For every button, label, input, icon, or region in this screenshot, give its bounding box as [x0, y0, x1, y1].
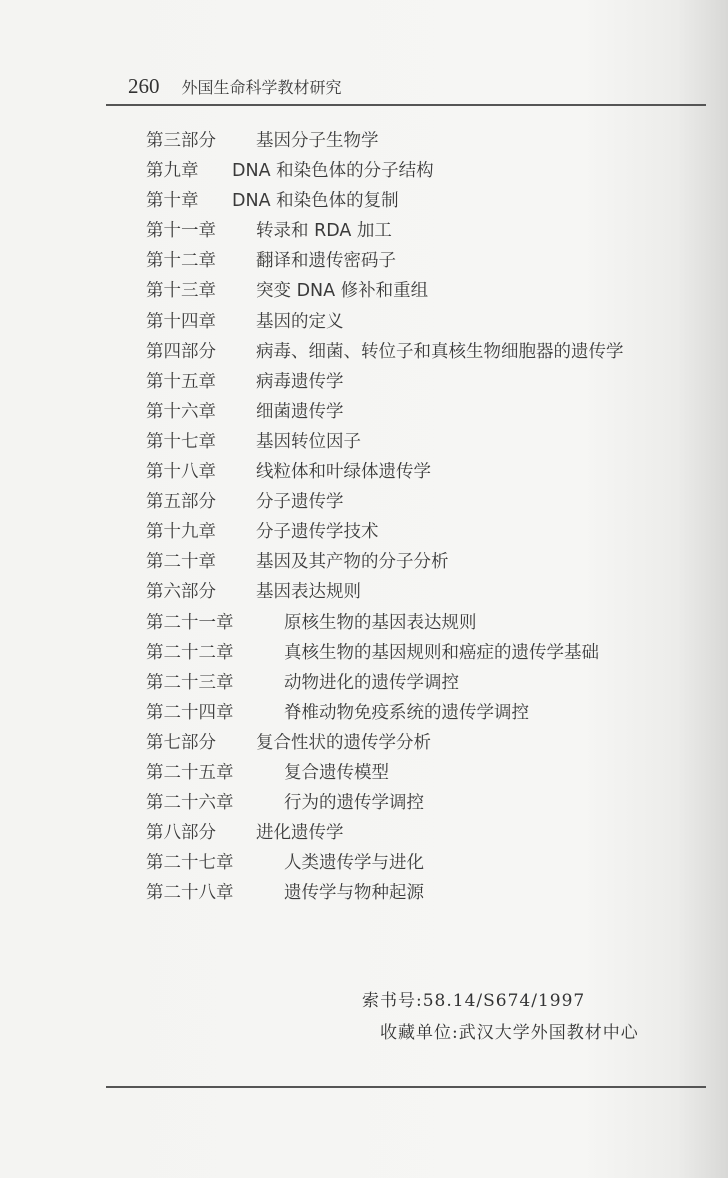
toc-title: 遗传学与物种起源 [284, 878, 424, 908]
toc-title: 基因表达规则 [256, 577, 361, 607]
toc-label: 第十九章 [146, 517, 256, 547]
toc-label: 第二十五章 [146, 758, 284, 788]
toc-title: 动物进化的遗传学调控 [284, 668, 459, 698]
toc-title: DNA 和染色体的复制 [232, 186, 399, 216]
toc-title: 复合性状的遗传学分析 [256, 728, 431, 758]
toc-chapter-entry: 第二十章基因及其产物的分子分析 [146, 547, 624, 577]
toc-label: 第十一章 [146, 216, 256, 246]
toc-label: 第二十八章 [146, 878, 284, 908]
toc-chapter-entry: 第十六章细菌遗传学 [146, 397, 624, 427]
toc-title: 脊椎动物免疫系统的遗传学调控 [284, 698, 529, 728]
toc-label: 第六部分 [146, 577, 256, 607]
toc-label: 第二十六章 [146, 788, 284, 818]
toc-label: 第十七章 [146, 427, 256, 457]
call-number: 索书号:58.14/S674/1997 [362, 986, 585, 1011]
toc-chapter-entry: 第九章DNA 和染色体的分子结构 [146, 156, 624, 186]
toc-title: 细菌遗传学 [256, 397, 344, 427]
toc-chapter-entry: 第二十六章行为的遗传学调控 [146, 788, 624, 818]
toc-title: 行为的遗传学调控 [284, 788, 424, 818]
page-number: 260 [128, 74, 160, 99]
toc-title: 线粒体和叶绿体遗传学 [256, 457, 431, 487]
toc-chapter-entry: 第二十一章原核生物的基因表达规则 [146, 608, 624, 638]
toc-chapter-entry: 第十章DNA 和染色体的复制 [146, 186, 624, 216]
toc-label: 第五部分 [146, 487, 256, 517]
toc-label: 第九章 [146, 156, 232, 186]
toc-title: 人类遗传学与进化 [284, 848, 424, 878]
toc-title: 基因的定义 [256, 307, 344, 337]
header-rule [106, 104, 706, 106]
toc-label: 第二十二章 [146, 638, 284, 668]
toc-title: 病毒遗传学 [256, 367, 344, 397]
book-page: 260 外国生命科学教材研究 第三部分基因分子生物学第九章DNA 和染色体的分子… [0, 0, 728, 1178]
toc-part-entry: 第八部分进化遗传学 [146, 818, 624, 848]
toc-chapter-entry: 第十三章突变 DNA 修补和重组 [146, 276, 624, 306]
footer-rule [106, 1086, 706, 1088]
toc-label: 第十四章 [146, 307, 256, 337]
toc-title: 翻译和遗传密码子 [256, 246, 396, 276]
toc-chapter-entry: 第十七章基因转位因子 [146, 427, 624, 457]
running-title: 外国生命科学教材研究 [182, 75, 342, 98]
toc-chapter-entry: 第二十四章脊椎动物免疫系统的遗传学调控 [146, 698, 624, 728]
toc-chapter-entry: 第十二章翻译和遗传密码子 [146, 246, 624, 276]
toc-title: 原核生物的基因表达规则 [284, 608, 477, 638]
toc-title: 病毒、细菌、转位子和真核生物细胞器的遗传学 [256, 337, 624, 367]
toc-part-entry: 第三部分基因分子生物学 [146, 126, 624, 156]
toc-title: 突变 DNA 修补和重组 [256, 276, 428, 306]
toc-title: 基因转位因子 [256, 427, 361, 457]
toc-label: 第十三章 [146, 276, 256, 306]
toc-label: 第七部分 [146, 728, 256, 758]
toc-chapter-entry: 第十八章线粒体和叶绿体遗传学 [146, 457, 624, 487]
toc-label: 第三部分 [146, 126, 256, 156]
toc-chapter-entry: 第二十八章遗传学与物种起源 [146, 878, 624, 908]
toc-part-entry: 第六部分基因表达规则 [146, 577, 624, 607]
toc-label: 第十章 [146, 186, 232, 216]
toc-label: 第二十四章 [146, 698, 284, 728]
toc-label: 第四部分 [146, 337, 256, 367]
toc-chapter-entry: 第十四章基因的定义 [146, 307, 624, 337]
toc-title: 基因及其产物的分子分析 [256, 547, 449, 577]
toc-title: 分子遗传学技术 [256, 517, 379, 547]
toc-label: 第十六章 [146, 397, 256, 427]
toc-chapter-entry: 第十九章分子遗传学技术 [146, 517, 624, 547]
toc-chapter-entry: 第二十七章人类遗传学与进化 [146, 848, 624, 878]
toc-label: 第二十三章 [146, 668, 284, 698]
toc-title: 分子遗传学 [256, 487, 344, 517]
toc-label: 第十八章 [146, 457, 256, 487]
toc-chapter-entry: 第十一章转录和 RDA 加工 [146, 216, 624, 246]
toc-title: 转录和 RDA 加工 [256, 216, 392, 246]
holding-unit: 收藏单位:武汉大学外国教材中心 [380, 1018, 639, 1043]
toc-part-entry: 第七部分复合性状的遗传学分析 [146, 728, 624, 758]
toc-label: 第二十一章 [146, 608, 284, 638]
toc-title: 基因分子生物学 [256, 126, 379, 156]
toc-label: 第二十七章 [146, 848, 284, 878]
toc-chapter-entry: 第二十五章复合遗传模型 [146, 758, 624, 788]
toc-label: 第二十章 [146, 547, 256, 577]
toc-part-entry: 第四部分病毒、细菌、转位子和真核生物细胞器的遗传学 [146, 337, 624, 367]
table-of-contents: 第三部分基因分子生物学第九章DNA 和染色体的分子结构第十章DNA 和染色体的复… [146, 126, 624, 908]
toc-chapter-entry: 第二十三章动物进化的遗传学调控 [146, 668, 624, 698]
toc-chapter-entry: 第十五章病毒遗传学 [146, 367, 624, 397]
toc-chapter-entry: 第二十二章真核生物的基因规则和癌症的遗传学基础 [146, 638, 624, 668]
page-header: 260 外国生命科学教材研究 [128, 74, 342, 104]
toc-label: 第十五章 [146, 367, 256, 397]
toc-title: 复合遗传模型 [284, 758, 389, 788]
toc-part-entry: 第五部分分子遗传学 [146, 487, 624, 517]
toc-title: DNA 和染色体的分子结构 [232, 156, 434, 186]
toc-label: 第十二章 [146, 246, 256, 276]
toc-title: 真核生物的基因规则和癌症的遗传学基础 [284, 638, 599, 668]
toc-title: 进化遗传学 [256, 818, 344, 848]
toc-label: 第八部分 [146, 818, 256, 848]
